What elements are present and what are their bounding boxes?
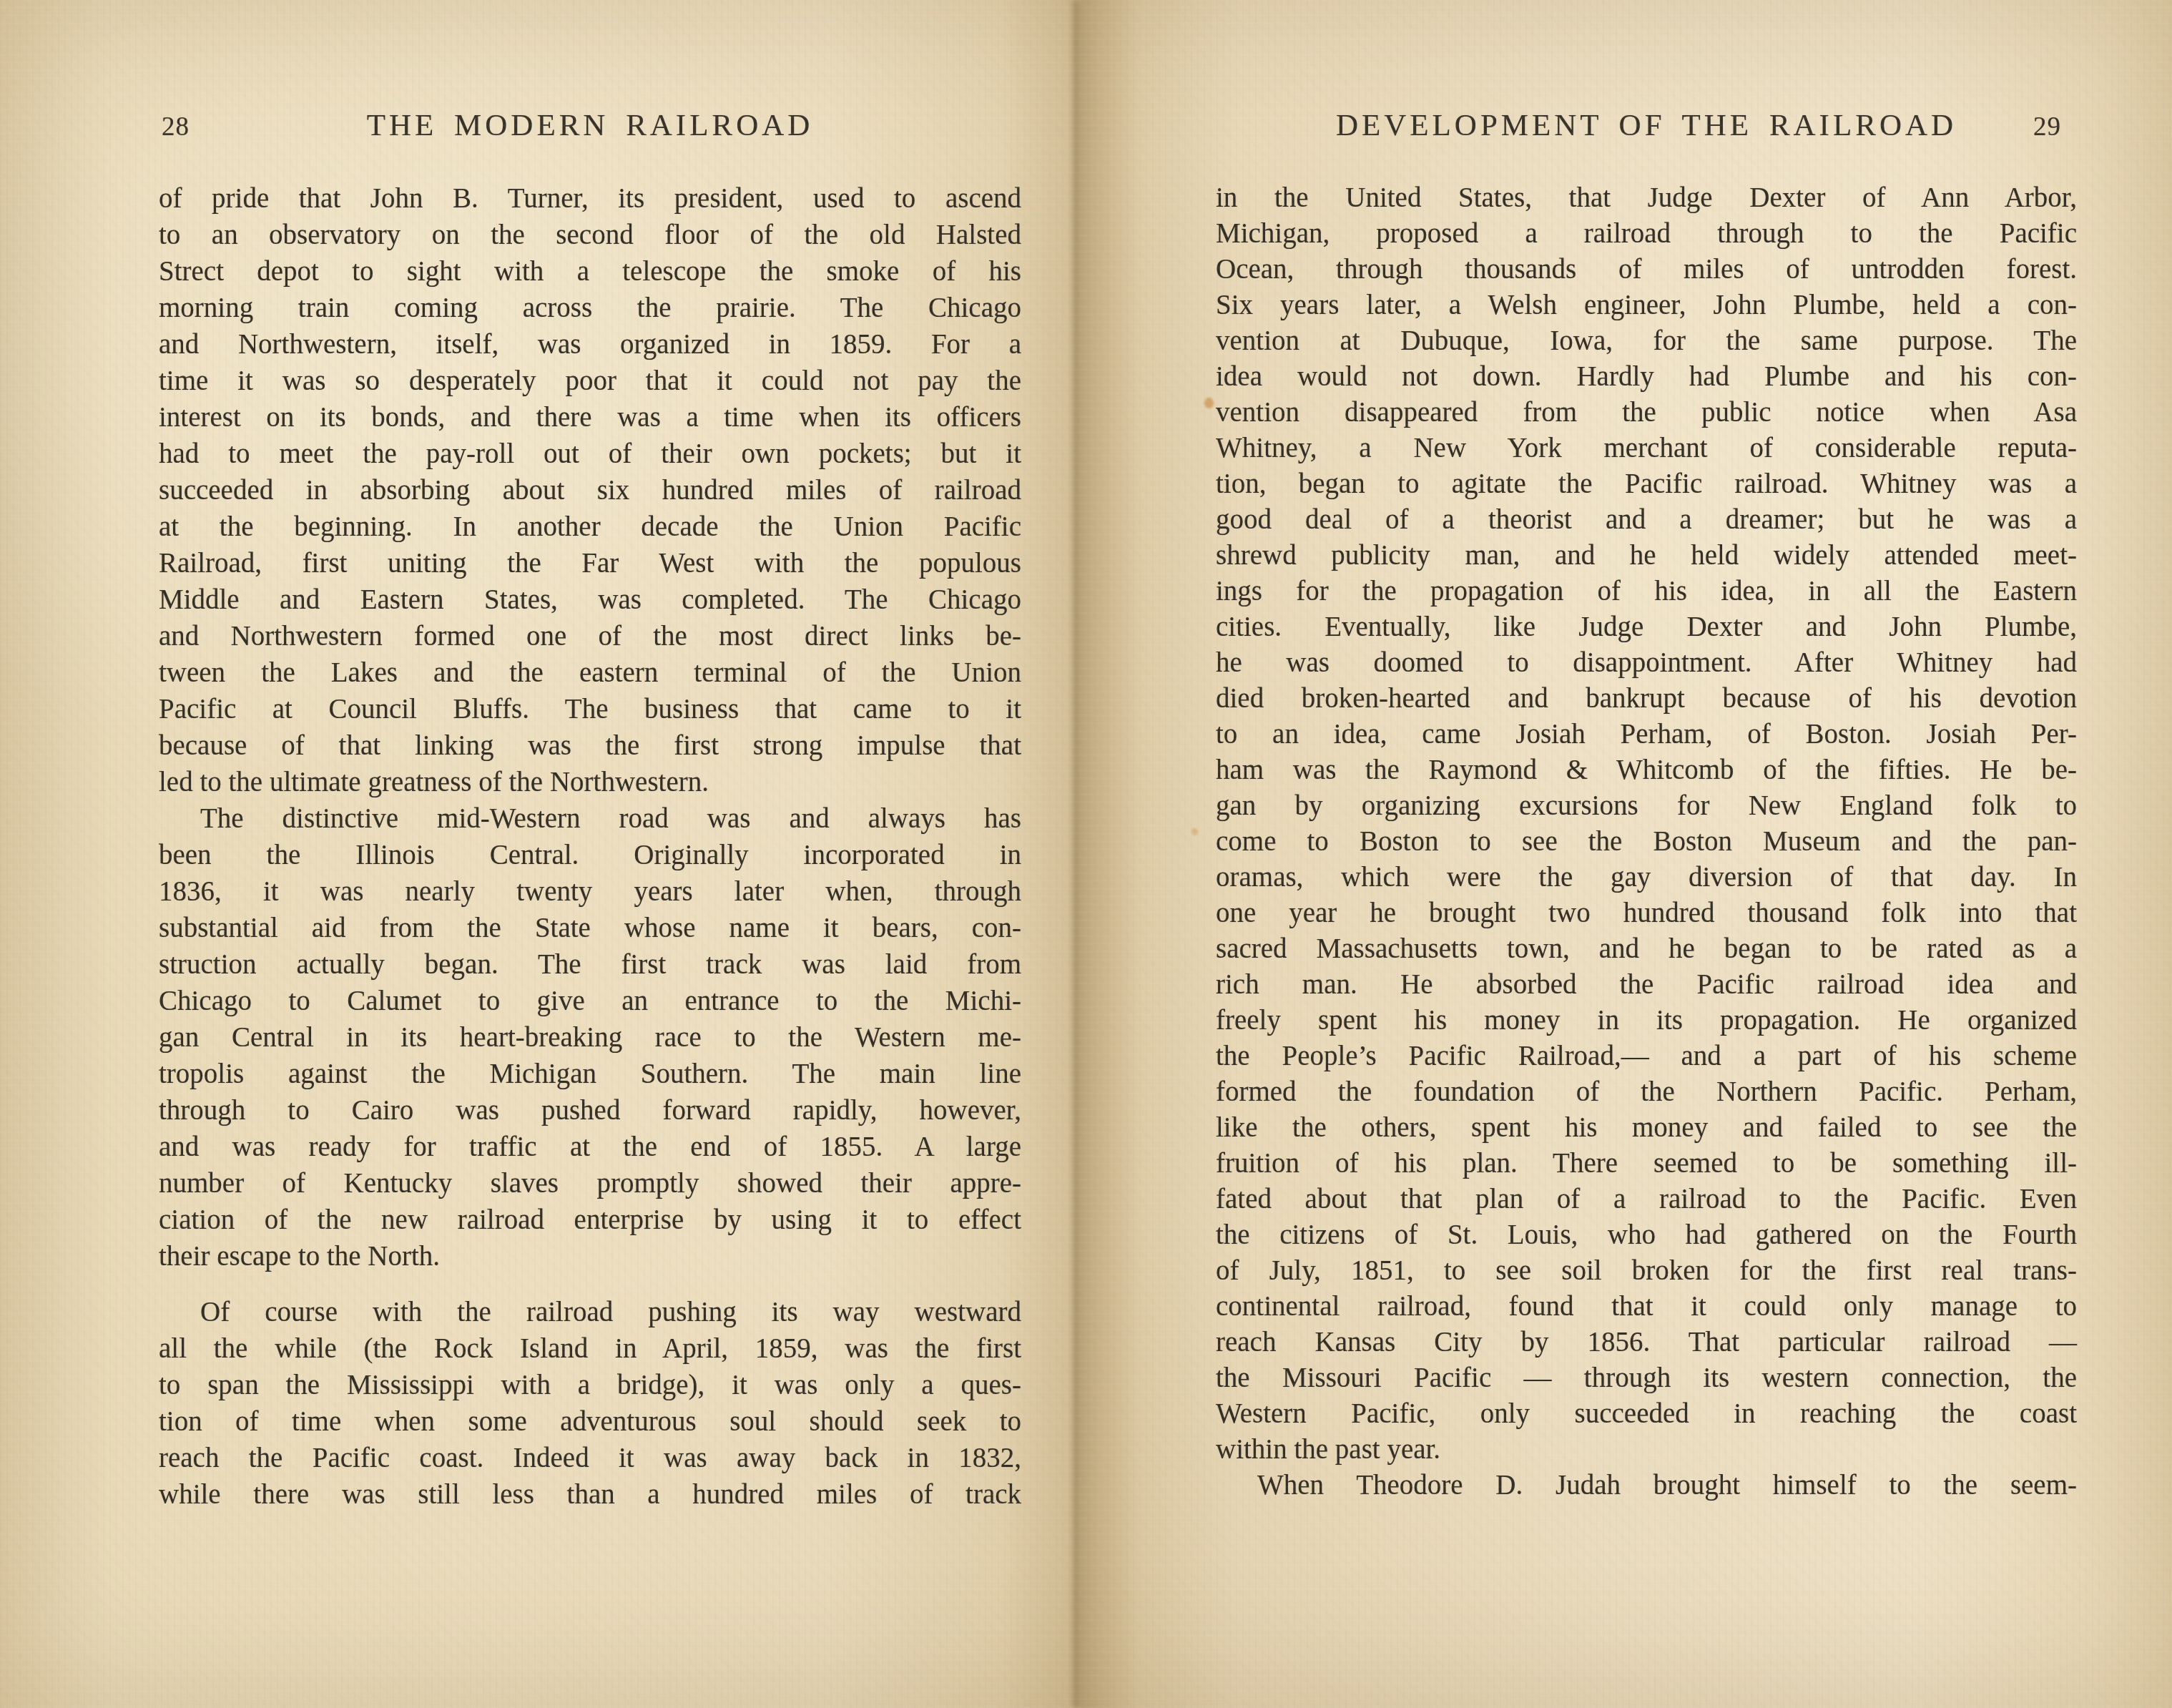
- text-line: their escape to the North.: [159, 1238, 1021, 1275]
- text-line: number of Kentucky slaves promptly showe…: [159, 1165, 1021, 1202]
- text-line: because of that linking was the first st…: [159, 727, 1021, 764]
- text-line: freely spent his money in its propagatio…: [1216, 1003, 2077, 1039]
- text-line: fruition of his plan. There seemed to be…: [1216, 1146, 2077, 1182]
- text-line: within the past year.: [1216, 1432, 2077, 1468]
- text-line: Chicago to Calumet to give an entrance t…: [159, 983, 1021, 1019]
- text-line: formed the foundation of the Northern Pa…: [1216, 1074, 2077, 1110]
- text-line: had to meet the pay-roll out of their ow…: [159, 436, 1021, 472]
- text-line: one year he brought two hundred thousand…: [1216, 895, 2077, 931]
- text-line: sacred Massachusetts town, and he began …: [1216, 931, 2077, 967]
- text-line: time it was so desperately poor that it …: [159, 363, 1021, 399]
- text-line: tion of time when some adventurous soul …: [159, 1403, 1021, 1440]
- right-running-head: DEVELOPMENT OF THE RAILROAD 29: [1216, 108, 2077, 143]
- text-line: Michigan, proposed a railroad through to…: [1216, 216, 2077, 252]
- text-line: at the beginning. In another decade the …: [159, 509, 1021, 545]
- text-line: Middle and Eastern States, was completed…: [159, 581, 1021, 618]
- text-line: to an idea, came Josiah Perham, of Bosto…: [1216, 717, 2077, 752]
- text-line: come to Boston to see the Boston Museum …: [1216, 824, 2077, 860]
- text-line: while there was still less than a hundre…: [159, 1476, 1021, 1513]
- paragraph: Of course with the railroad pushing its …: [159, 1294, 1021, 1513]
- text-line: vention disappeared from the public noti…: [1216, 395, 2077, 431]
- text-line: the citizens of St. Louis, who had gathe…: [1216, 1217, 2077, 1253]
- text-line: shrewd publicity man, and he held widely…: [1216, 538, 2077, 574]
- left-page-number: 28: [159, 112, 252, 142]
- text-line: through to Cairo was pushed forward rapi…: [159, 1092, 1021, 1129]
- text-line: fated about that plan of a railroad to t…: [1216, 1182, 2077, 1217]
- text-line: continental railroad, found that it coul…: [1216, 1289, 2077, 1325]
- text-line: Western Pacific, only succeeded in reach…: [1216, 1396, 2077, 1432]
- text-line: Whitney, a New York merchant of consider…: [1216, 431, 2077, 466]
- foxing-spot: [1191, 828, 1198, 835]
- left-running-head: 28 THE MODERN RAILROAD: [159, 108, 1021, 143]
- text-line: died broken-hearted and bankrupt because…: [1216, 681, 2077, 717]
- text-line: reach the Pacific coast. Indeed it was a…: [159, 1440, 1021, 1476]
- left-running-head-title: THE MODERN RAILROAD: [252, 108, 928, 143]
- text-line: he was doomed to disappointment. After W…: [1216, 645, 2077, 681]
- text-line: Strect depot to sight with a telescope t…: [159, 253, 1021, 290]
- text-line: of July, 1851, to see soil broken for th…: [1216, 1253, 2077, 1289]
- text-line: all the while (the Rock Island in April,…: [159, 1330, 1021, 1367]
- text-line: The distinctive mid-Western road was and…: [159, 800, 1021, 837]
- text-line: gan Central in its heart-breaking race t…: [159, 1019, 1021, 1056]
- book-spread-scan: 28 THE MODERN RAILROAD of pride that Joh…: [0, 0, 2172, 1708]
- right-running-head-title: DEVELOPMENT OF THE RAILROAD: [1309, 108, 1984, 143]
- page-gutter-crease: [1071, 0, 1081, 1708]
- text-line: in the United States, that Judge Dexter …: [1216, 180, 2077, 216]
- paragraph: When Theodore D. Judah brought himself t…: [1216, 1468, 2077, 1503]
- text-line: and Northwestern, itself, was organized …: [159, 326, 1021, 363]
- text-line: to span the Mississippi with a bridge), …: [159, 1367, 1021, 1403]
- paragraph: in the United States, that Judge Dexter …: [1216, 180, 2077, 1468]
- text-line: 1836, it was nearly twenty years later w…: [159, 873, 1021, 910]
- text-line: the Missouri Pacific — through its weste…: [1216, 1360, 2077, 1396]
- text-line: oramas, which were the gay diversion of …: [1216, 860, 2077, 895]
- text-line: reach Kansas City by 1856. That particul…: [1216, 1325, 2077, 1360]
- right-page-text: in the United States, that Judge Dexter …: [1216, 180, 2077, 1503]
- text-line: and Northwestern formed one of the most …: [159, 618, 1021, 654]
- text-line: of pride that John B. Turner, its presid…: [159, 180, 1021, 217]
- text-line: Of course with the railroad pushing its …: [159, 1294, 1021, 1330]
- text-line: been the Illinois Central. Originally in…: [159, 837, 1021, 873]
- paragraph: of pride that John B. Turner, its presid…: [159, 180, 1021, 800]
- text-line: and was ready for traffic at the end of …: [159, 1129, 1021, 1165]
- text-line: struction actually began. The first trac…: [159, 946, 1021, 983]
- text-line: to an observatory on the second floor of…: [159, 217, 1021, 253]
- foxing-spot: [1204, 398, 1214, 408]
- text-line: cities. Eventually, like Judge Dexter an…: [1216, 609, 2077, 645]
- text-line: ham was the Raymond & Whitcomb of the fi…: [1216, 752, 2077, 788]
- text-line: the People’s Pacific Railroad,— and a pa…: [1216, 1039, 2077, 1074]
- right-page-number: 29: [1984, 112, 2077, 142]
- text-line: Pacific at Council Bluffs. The business …: [159, 691, 1021, 727]
- text-line: Six years later, a Welsh engineer, John …: [1216, 288, 2077, 323]
- text-line: morning train coming across the prairie.…: [159, 290, 1021, 326]
- text-line: Ocean, through thousands of miles of unt…: [1216, 252, 2077, 288]
- text-line: tween the Lakes and the eastern terminal…: [159, 654, 1021, 691]
- paragraph: The distinctive mid-Western road was and…: [159, 800, 1021, 1275]
- text-line: interest on its bonds, and there was a t…: [159, 399, 1021, 436]
- text-line: ciation of the new railroad enterprise b…: [159, 1202, 1021, 1238]
- text-line: tion, began to agitate the Pacific railr…: [1216, 466, 2077, 502]
- text-line: rich man. He absorbed the Pacific railro…: [1216, 967, 2077, 1003]
- text-line: ings for the propagation of his idea, in…: [1216, 574, 2077, 609]
- text-line: good deal of a theorist and a dreamer; b…: [1216, 502, 2077, 538]
- text-line: like the others, spent his money and fai…: [1216, 1110, 2077, 1146]
- text-line: succeeded in absorbing about six hundred…: [159, 472, 1021, 509]
- left-page-text: of pride that John B. Turner, its presid…: [159, 180, 1021, 1513]
- text-line: gan by organizing excursions for New Eng…: [1216, 788, 2077, 824]
- text-line: When Theodore D. Judah brought himself t…: [1216, 1468, 2077, 1503]
- text-line: idea would not down. Hardly had Plumbe a…: [1216, 359, 2077, 395]
- text-line: Railroad, first uniting the Far West wit…: [159, 545, 1021, 581]
- text-line: tropolis against the Michigan Southern. …: [159, 1056, 1021, 1092]
- text-line: substantial aid from the State whose nam…: [159, 910, 1021, 946]
- text-line: led to the ultimate greatness of the Nor…: [159, 764, 1021, 800]
- text-line: vention at Dubuque, Iowa, for the same p…: [1216, 323, 2077, 359]
